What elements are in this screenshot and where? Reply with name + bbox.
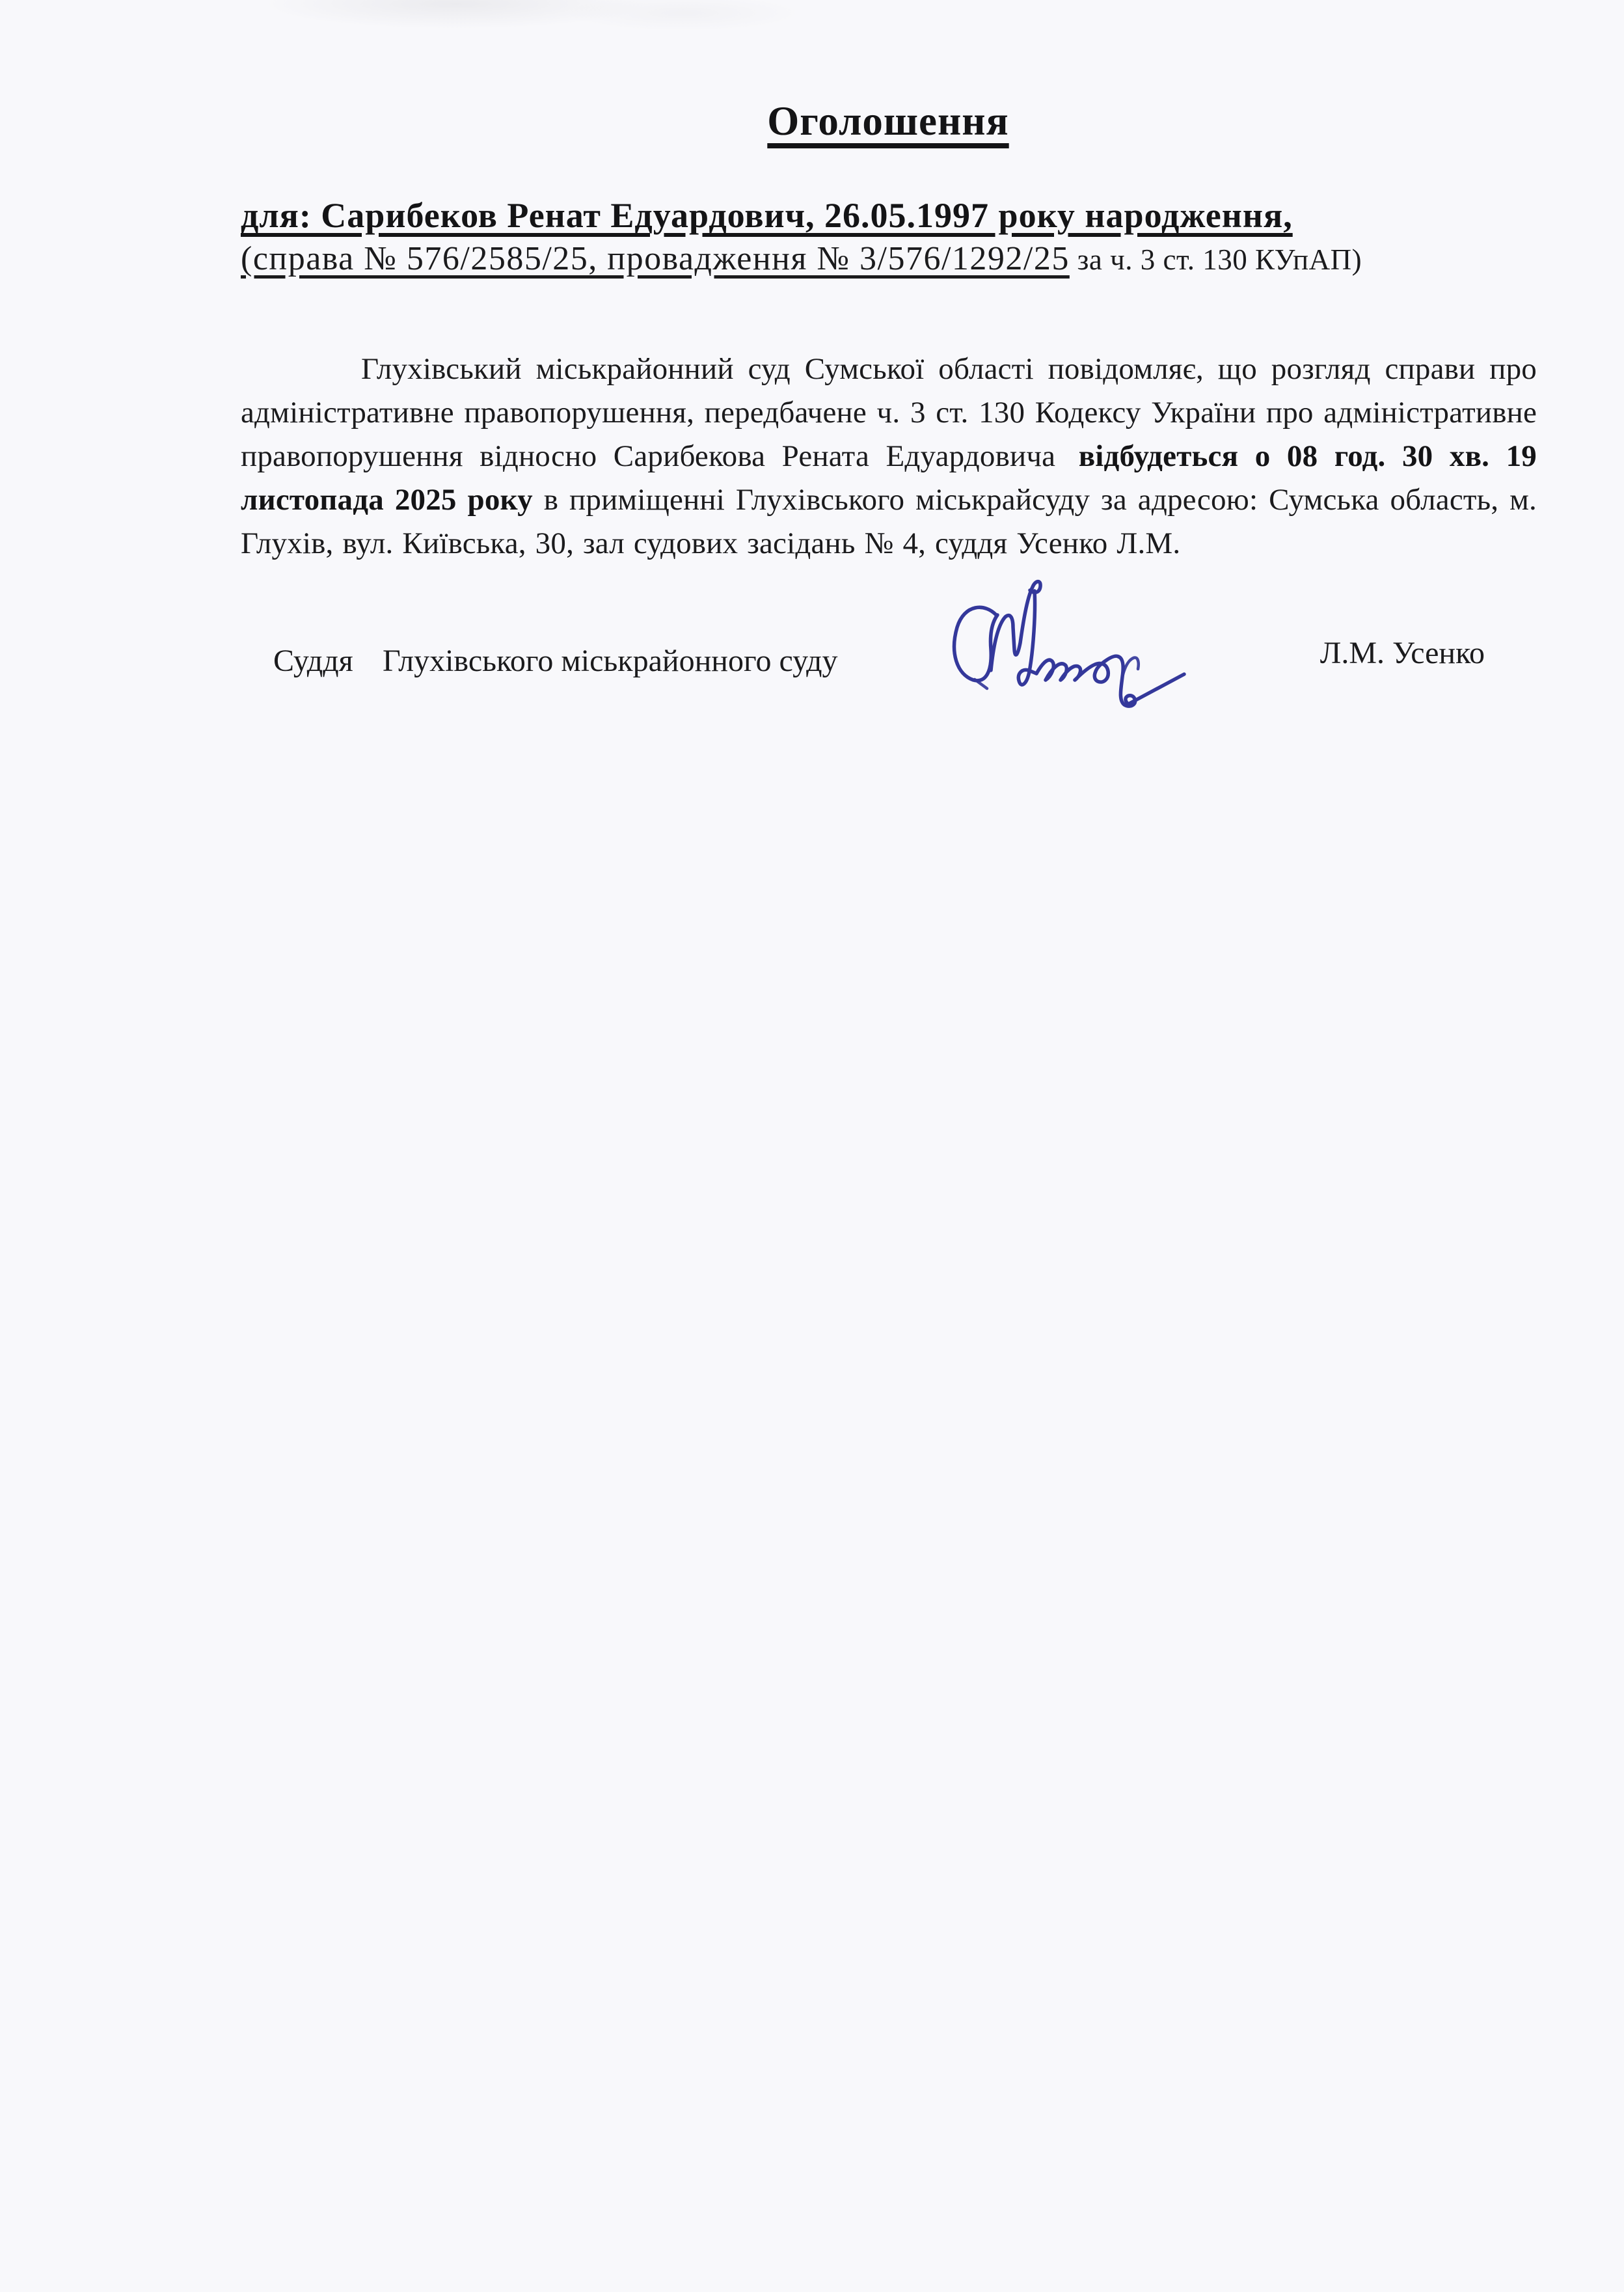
case-numbers: (справа № 576/2585/25, провадження № 3/5…	[241, 240, 1070, 277]
judge-role-label: Суддя	[273, 643, 353, 679]
court-name: Глухівського міськрайонного суду	[383, 643, 838, 679]
signoff-row: Суддя Глухівського міськрайонного суду Л…	[241, 643, 1536, 689]
case-reference-line: (справа № 576/2585/25, провадження № 3/5…	[241, 239, 1575, 278]
judge-name: Л.М. Усенко	[1320, 635, 1485, 671]
case-article-suffix: за ч. 3 ст. 130 КУпАП)	[1070, 243, 1362, 276]
scanned-court-announcement-page: Оголошення для: Сарибеков Ренат Едуардов…	[0, 0, 1624, 2292]
recipient-line: для: Сарибеков Ренат Едуардович, 26.05.1…	[241, 195, 1575, 236]
announcement-title: Оголошення	[241, 98, 1536, 145]
body-paragraph: Глухівський міськрайонний суд Сумської о…	[241, 348, 1537, 566]
